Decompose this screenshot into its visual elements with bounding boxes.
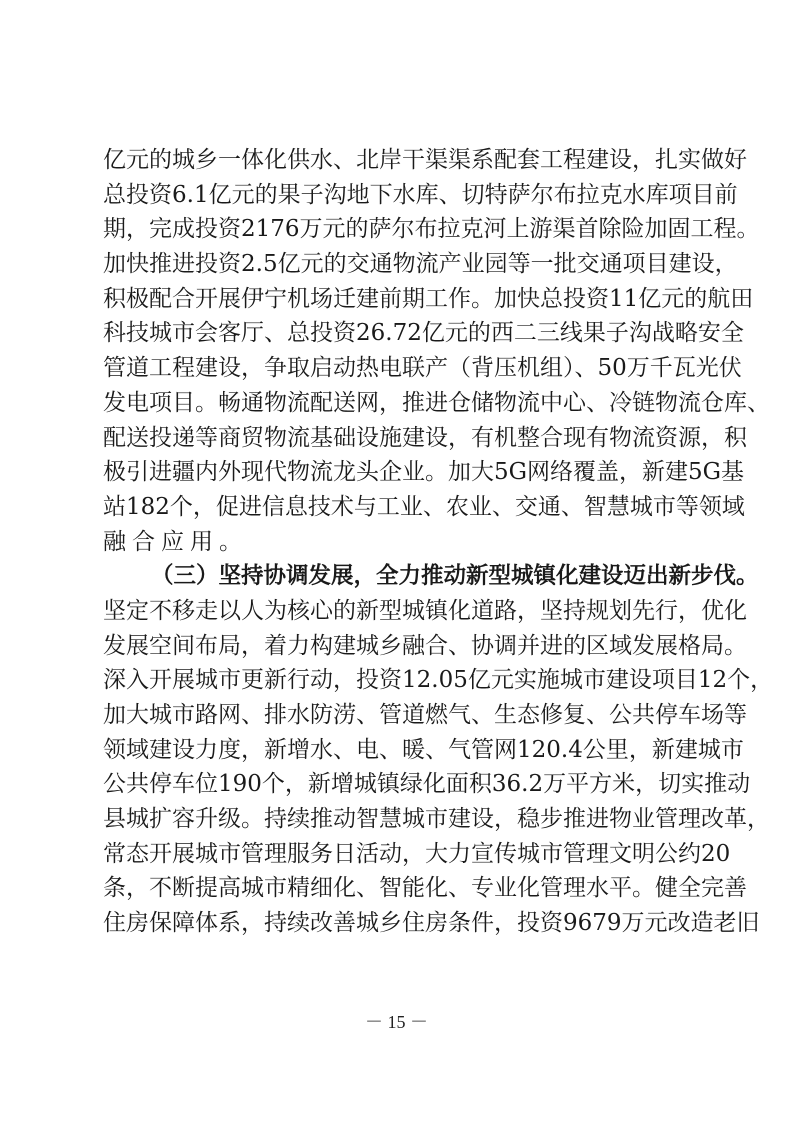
paragraph-end-line: 融合应用。 xyxy=(103,525,695,560)
section-heading: （三）坚持协调发展，全力推动新型城镇化建设迈出新步伐。 xyxy=(103,559,695,594)
text-line: 期，完成投资2176万元的萨尔布拉克河上游渠首除险加固工程。 xyxy=(103,212,695,247)
page-number: － 15 － xyxy=(0,1008,793,1034)
text-line: 县城扩容升级。持续推动智慧城市建设，稳步推进物业管理改革， xyxy=(103,802,695,837)
text-line: 加大城市路网、排水防涝、管道燃气、生态修复、公共停车场等 xyxy=(103,698,695,733)
text-line: 坚定不移走以人为核心的新型城镇化道路，坚持规划先行，优化 xyxy=(103,594,695,629)
text-line: 住房保障体系，持续改善城乡住房条件，投资9679万元改造老旧 xyxy=(103,906,695,941)
text-line: 发电项目。畅通物流配送网，推进仓储物流中心、冷链物流仓库、 xyxy=(103,386,695,421)
text-line: 公共停车位190个，新增城镇绿化面积36.2万平方米，切实推动 xyxy=(103,767,695,802)
text-line: 常态开展城市管理服务日活动，大力宣传城市管理文明公约20 xyxy=(103,837,695,872)
text-line: 配送投递等商贸物流基础设施建设，有机整合现有物流资源，积 xyxy=(103,421,695,456)
text-line: 加快推进投资2.5亿元的交通物流产业园等一批交通项目建设， xyxy=(103,247,695,282)
text-line: 总投资6.1亿元的果子沟地下水库、切特萨尔布拉克水库项目前 xyxy=(103,178,695,213)
text-line: 领域建设力度，新增水、电、暖、气管网120.4公里，新建城市 xyxy=(103,733,695,768)
text-line: 科技城市会客厅、总投资26.72亿元的西二三线果子沟战略安全 xyxy=(103,316,695,351)
text-line: 深入开展城市更新行动，投资12.05亿元实施城市建设项目12个， xyxy=(103,663,695,698)
text-line: 亿元的城乡一体化供水、北岸干渠渠系配套工程建设，扎实做好 xyxy=(103,143,695,178)
text-line: 极引进疆内外现代物流龙头企业。加大5G网络覆盖，新建5G基 xyxy=(103,455,695,490)
text-line: 站182个，促进信息技术与工业、农业、交通、智慧城市等领域 xyxy=(103,490,695,525)
text-line: 发展空间布局，着力构建城乡融合、协调并进的区域发展格局。 xyxy=(103,629,695,664)
text-line: 管道工程建设，争取启动热电联产（背压机组）、50万千瓦光伏 xyxy=(103,351,695,386)
page-body: 亿元的城乡一体化供水、北岸干渠渠系配套工程建设，扎实做好 总投资6.1亿元的果子… xyxy=(103,143,695,941)
text-line: 条，不断提高城市精细化、智能化、专业化管理水平。健全完善 xyxy=(103,871,695,906)
text-line: 积极配合开展伊宁机场迁建前期工作。加快总投资11亿元的航田 xyxy=(103,282,695,317)
